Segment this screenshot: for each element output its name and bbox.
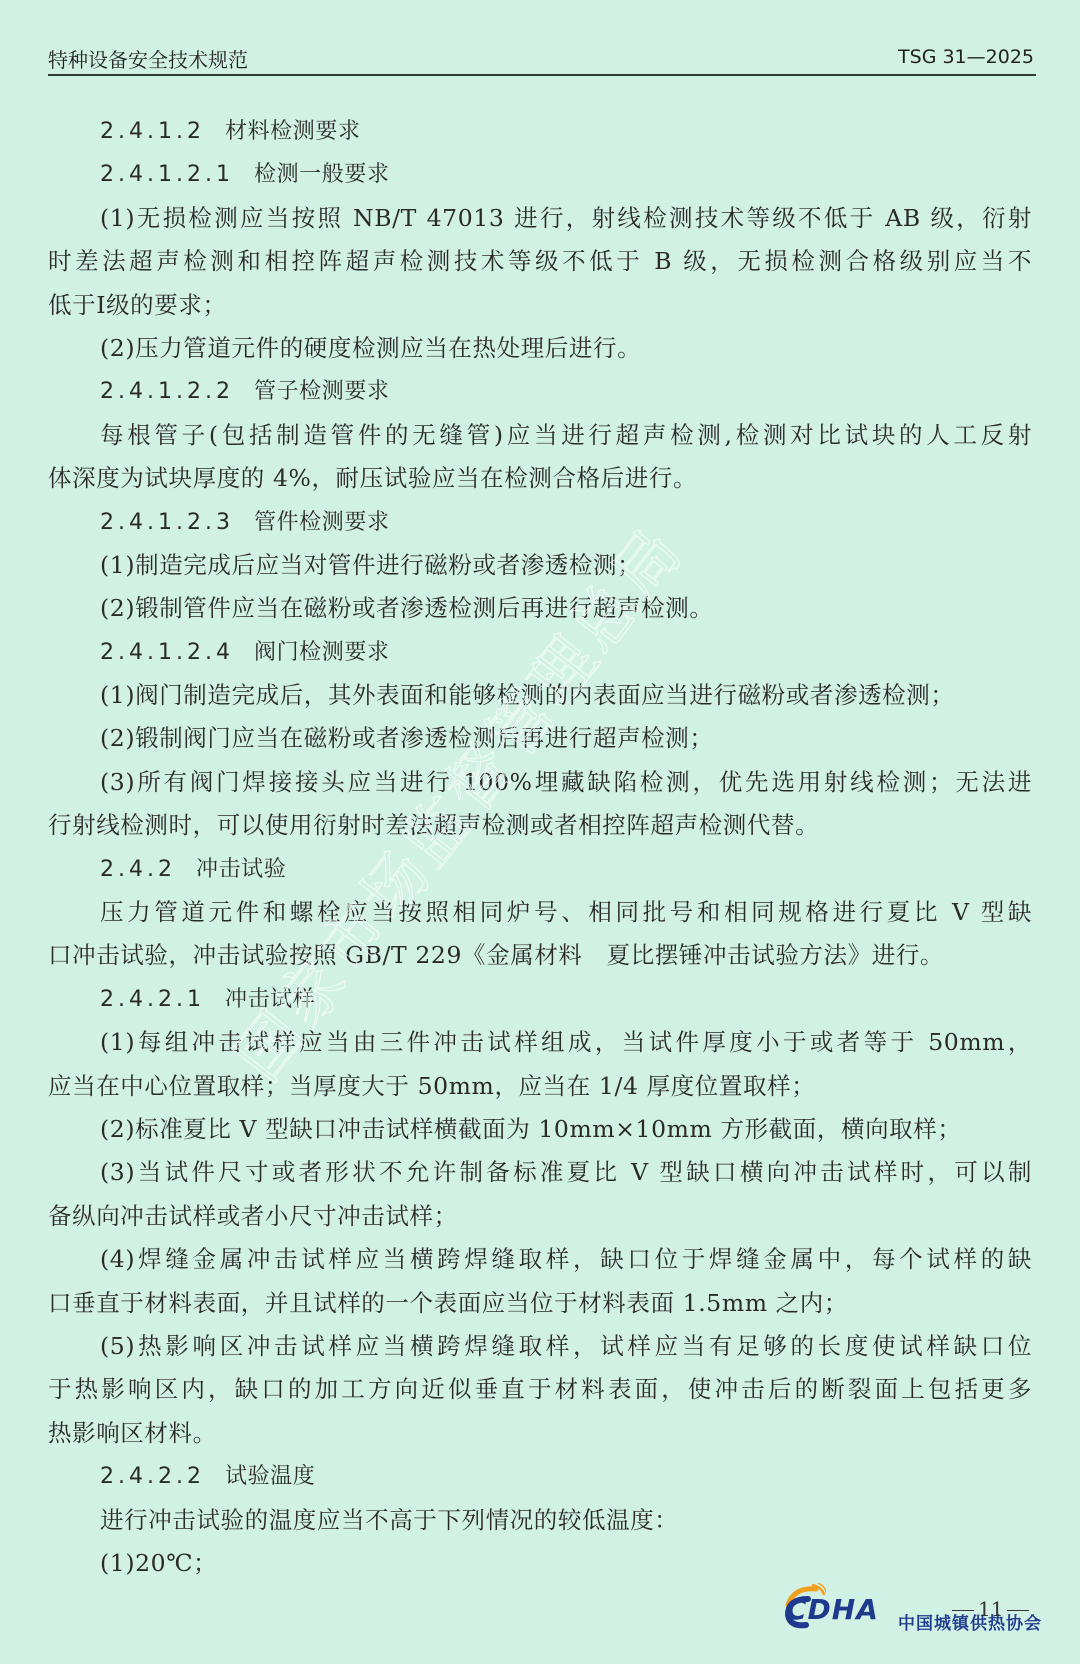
page-number: 11 [948,1597,1033,1621]
section-heading: 2.4.2.1冲击试样 [48,978,1032,1021]
paragraph-line: 热影响区材料。 [48,1412,1032,1455]
section-number: 2.4.2 [100,848,176,891]
paragraph-line: 于热影响区内，缺口的加工方向近似垂直于材料表面，使冲击后的断裂面上包括更多 [48,1368,1032,1411]
paragraph-line: 每根管子(包括制造管件的无缝管)应当进行超声检测,检测对比试块的人工反射 [48,414,1032,457]
cdha-logo-text: CDHA [786,1593,879,1626]
section-heading: 2.4.1.2.3管件检测要求 [48,501,1032,544]
paragraph-line: (5)热影响区冲击试样应当横跨焊缝取样，试样应当有足够的长度使试样缺口位 [48,1325,1032,1368]
paragraph-line: 应当在中心位置取样；当厚度大于 50mm，应当在 1/4 厚度位置取样； [48,1065,1032,1108]
document-code: TSG 31—2025 [898,46,1034,68]
section-heading: 2.4.1.2材料检测要求 [48,110,1032,153]
document-body: 2.4.1.2材料检测要求2.4.1.2.1检测一般要求(1)无损检测应当按照 … [48,110,1032,1585]
paragraph-line: (2)标准夏比 V 型缺口冲击试样横截面为 10mm×10mm 方形截面，横向取… [48,1108,1032,1151]
paragraph-line: (4)焊缝金属冲击试样应当横跨焊缝取样，缺口位于焊缝金属中，每个试样的缺 [48,1238,1032,1281]
section-heading: 2.4.2冲击试验 [48,848,1032,891]
page-header: 特种设备安全技术规范 TSG 31—2025 [48,40,1036,76]
paragraph-line: (3)所有阀门焊接接头应当进行 100%埋藏缺陷检测，优先选用射线检测；无法进 [48,761,1032,804]
paragraph-line: (1)20℃； [48,1542,1032,1585]
section-title: 管子检测要求 [254,379,390,404]
paragraph-line: 低于Ⅰ级的要求； [48,284,1032,327]
section-title: 冲击试样 [225,987,315,1012]
section-heading: 2.4.1.2.2管子检测要求 [48,370,1032,413]
document-series-title: 特种设备安全技术规范 [48,44,248,73]
section-number: 2.4.1.2.1 [100,153,234,196]
paragraph-line: (2)锻制管件应当在磁粉或者渗透检测后再进行超声检测。 [48,587,1032,630]
paragraph-line: 时差法超声检测和相控阵超声检测技术等级不低于 B 级，无损检测合格级别应当不 [48,240,1032,283]
section-number: 2.4.1.2.4 [100,631,234,674]
paragraph-line: (2)压力管道元件的硬度检测应当在热处理后进行。 [48,327,1032,370]
section-number: 2.4.1.2 [100,110,205,153]
section-title: 材料检测要求 [225,119,361,144]
section-heading: 2.4.1.2.4阀门检测要求 [48,631,1032,674]
section-number: 2.4.2.1 [100,978,205,1021]
paragraph-line: 进行冲击试验的温度应当不高于下列情况的较低温度： [48,1499,1032,1542]
section-title: 管件检测要求 [254,510,390,535]
paragraph-line: 压力管道元件和螺栓应当按照相同炉号、相同批号和相同规格进行夏比 V 型缺 [48,891,1032,934]
paragraph-line: 口垂直于材料表面，并且试样的一个表面应当位于材料表面 1.5mm 之内； [48,1282,1032,1325]
section-number: 2.4.2.2 [100,1455,205,1498]
section-title: 阀门检测要求 [254,640,390,665]
section-number: 2.4.1.2.2 [100,370,234,413]
section-title: 试验温度 [225,1464,315,1489]
paragraph-line: 口冲击试验，冲击试验按照 GB/T 229《金属材料 夏比摆锤冲击试验方法》进行… [48,934,1032,977]
paragraph-line: 行射线检测时，可以使用衍射时差法超声检测或者相控阵超声检测代替。 [48,804,1032,847]
paragraph-line: (1)每组冲击试样应当由三件冲击试样组成，当试件厚度小于或者等于 50mm， [48,1021,1032,1064]
paragraph-line: (3)当试件尺寸或者形状不允许制备标准夏比 V 型缺口横向冲击试样时，可以制 [48,1151,1032,1194]
paragraph-line: (1)制造完成后应当对管件进行磁粉或者渗透检测； [48,544,1032,587]
paragraph-line: (1)阀门制造完成后，其外表面和能够检测的内表面应当进行磁粉或者渗透检测； [48,674,1032,717]
paragraph-line: (1)无损检测应当按照 NB/T 47013 进行，射线检测技术等级不低于 AB… [48,197,1032,240]
section-heading: 2.4.1.2.1检测一般要求 [48,153,1032,196]
paragraph-line: (2)锻制阀门应当在磁粉或者渗透检测后再进行超声检测； [48,717,1032,760]
section-heading: 2.4.2.2试验温度 [48,1455,1032,1498]
section-number: 2.4.1.2.3 [100,501,234,544]
paragraph-line: 备纵向冲击试样或者小尺寸冲击试样； [48,1195,1032,1238]
section-title: 冲击试验 [196,857,286,882]
section-title: 检测一般要求 [254,162,390,187]
paragraph-line: 体深度为试块厚度的 4%，耐压试验应当在检测合格后进行。 [48,457,1032,500]
